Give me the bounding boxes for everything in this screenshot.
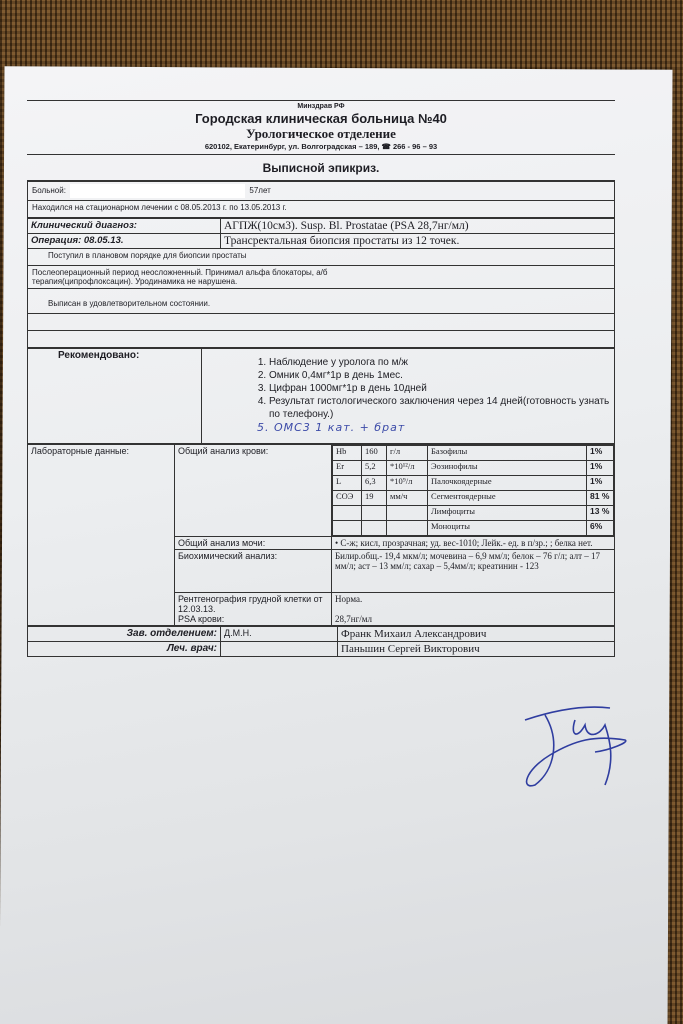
operation-label: Операция: 08.05.13. bbox=[28, 234, 221, 249]
head-label: Зав. отделением: bbox=[28, 627, 221, 642]
recommendations-list: Наблюдение у уролога по м/ж Омник 0,4мг*… bbox=[202, 349, 615, 444]
diagnosis-value: АГПЖ(10см3). Susp. Bl. Prostatae (PSA 28… bbox=[221, 219, 615, 234]
biochem-label: Биохимический анализ: bbox=[175, 550, 332, 593]
discharge-row: Выписан в удовлетворительном состоянии. bbox=[27, 289, 615, 314]
cbc-diff: Эозинофилы bbox=[428, 461, 587, 476]
cbc-unit: *10¹²/л bbox=[387, 461, 428, 476]
admitted-row: Поступил в плановом порядке для биопсии … bbox=[27, 249, 615, 266]
cbc-value: 5,2 bbox=[362, 461, 387, 476]
head-name: Франк Михаил Александрович bbox=[338, 627, 615, 642]
xray-psa-labels: Рентгенография грудной клетки от 12.03.1… bbox=[175, 593, 332, 626]
handwritten-note: 5. ОМС3 1 кат. + брат bbox=[257, 421, 611, 434]
recommendations-label: Рекомендовано: bbox=[28, 349, 202, 444]
blank-row bbox=[27, 331, 615, 348]
stay-row: Находился на стационарном лечении с 08.0… bbox=[27, 201, 615, 218]
postop-line-2: терапия(ципрофлоксацин). Уродинамика не … bbox=[32, 277, 610, 286]
diagnosis-table: Клинический диагноз: АГПЖ(10см3). Susp. … bbox=[27, 218, 615, 249]
psa-label: PSA крови: bbox=[178, 614, 328, 624]
ministry: Минздрав РФ bbox=[27, 103, 615, 110]
signature-table: Зав. отделением: Д.М.Н. Франк Михаил Але… bbox=[27, 626, 615, 657]
address: 620102, Екатеринбург, ул. Волгоградская … bbox=[27, 142, 615, 151]
cbc-pct: 1% bbox=[587, 476, 614, 491]
patient-row: Больной: 57лет bbox=[27, 181, 615, 201]
recommendation-item: Омник 0,4мг*1р в день 1мес. bbox=[269, 369, 611, 382]
cbc-value bbox=[362, 521, 387, 536]
cbc-unit: г/л bbox=[387, 446, 428, 461]
recommendation-item: Цифран 1000мг*1р в день 10дней bbox=[269, 382, 611, 395]
discharge-summary: Минздрав РФ Городская клиническая больни… bbox=[27, 100, 615, 657]
xray-psa-values: Норма. 28,7нг/мл bbox=[332, 593, 615, 626]
postop-row: Послеоперационный период неосложненный. … bbox=[27, 266, 615, 289]
urine-value: • С-ж; кисл, прозрачная; уд. вес-1010; Л… bbox=[332, 537, 615, 550]
head-degree: Д.М.Н. bbox=[221, 627, 338, 642]
lab-label: Лабораторные данные: bbox=[28, 445, 175, 626]
letterhead: Минздрав РФ Городская клиническая больни… bbox=[27, 100, 615, 154]
biochem-value: Билир.общ.- 19,4 мкм/л; мочевина – 6,9 м… bbox=[332, 550, 615, 593]
blank-row bbox=[27, 314, 615, 331]
cbc-table: Hb160г/лБазофилы1%Er5,2*10¹²/лЭозинофилы… bbox=[332, 445, 614, 536]
cbc-value: 160 bbox=[362, 446, 387, 461]
cbc-diff: Моноциты bbox=[428, 521, 587, 536]
doctor-label: Леч. врач: bbox=[28, 642, 221, 657]
lab-table: Лабораторные данные: Общий анализ крови:… bbox=[27, 444, 615, 626]
document-title: Выписной эпикриз. bbox=[27, 154, 615, 181]
redacted-name bbox=[70, 184, 245, 198]
cbc-diff: Сегментоядерные bbox=[428, 491, 587, 506]
cbc-row: Лимфоциты13 % bbox=[333, 506, 614, 521]
doctor-blank bbox=[221, 642, 338, 657]
cbc-value bbox=[362, 506, 387, 521]
cbc-row: L6,3*10⁹/лПалочкоядерные1% bbox=[333, 476, 614, 491]
cbc-name: Er bbox=[333, 461, 362, 476]
hospital-name: Городская клиническая больница №40 bbox=[27, 111, 615, 126]
cbc-pct: 13 % bbox=[587, 506, 614, 521]
cbc-name: СОЭ bbox=[333, 491, 362, 506]
cbc-row: Er5,2*10¹²/лЭозинофилы1% bbox=[333, 461, 614, 476]
cbc-value: 6,3 bbox=[362, 476, 387, 491]
recommendation-item: Результат гистологического заключения че… bbox=[269, 395, 611, 421]
patient-age: 57лет bbox=[249, 186, 270, 195]
doctor-name: Паньшин Сергей Викторович bbox=[338, 642, 615, 657]
signature-icon bbox=[515, 700, 635, 790]
cbc-diff: Лимфоциты bbox=[428, 506, 587, 521]
recommendation-item: Наблюдение у уролога по м/ж bbox=[269, 356, 611, 369]
urine-label: Общий анализ мочи: bbox=[175, 537, 332, 550]
department: Урологическое отделение bbox=[27, 126, 615, 142]
cbc-label: Общий анализ крови: bbox=[175, 445, 332, 537]
recommendations-table: Рекомендовано: Наблюдение у уролога по м… bbox=[27, 348, 615, 444]
cbc-name bbox=[333, 506, 362, 521]
patient-label: Больной: bbox=[32, 186, 66, 195]
cbc-pct: 1% bbox=[587, 446, 614, 461]
diagnosis-label: Клинический диагноз: bbox=[28, 219, 221, 234]
cbc-pct: 6% bbox=[587, 521, 614, 536]
cbc-pct: 81 % bbox=[587, 491, 614, 506]
xray-label: Рентгенография грудной клетки от 12.03.1… bbox=[178, 594, 328, 614]
cbc-unit bbox=[387, 506, 428, 521]
cbc-name: Hb bbox=[333, 446, 362, 461]
cbc-diff: Базофилы bbox=[428, 446, 587, 461]
cbc-row: Моноциты6% bbox=[333, 521, 614, 536]
postop-line-1: Послеоперационный период неосложненный. … bbox=[32, 268, 610, 277]
cbc-row: Hb160г/лБазофилы1% bbox=[333, 446, 614, 461]
cbc-name: L bbox=[333, 476, 362, 491]
cbc-name bbox=[333, 521, 362, 536]
cbc-unit bbox=[387, 521, 428, 536]
psa-value: 28,7нг/мл bbox=[335, 614, 611, 624]
cbc-row: СОЭ19мм/чСегментоядерные81 % bbox=[333, 491, 614, 506]
cbc-unit: мм/ч bbox=[387, 491, 428, 506]
xray-value: Норма. bbox=[335, 594, 611, 604]
cbc-pct: 1% bbox=[587, 461, 614, 476]
cbc-unit: *10⁹/л bbox=[387, 476, 428, 491]
cbc-diff: Палочкоядерные bbox=[428, 476, 587, 491]
cbc-value: 19 bbox=[362, 491, 387, 506]
operation-value: Трансректальная биопсия простаты из 12 т… bbox=[221, 234, 615, 249]
